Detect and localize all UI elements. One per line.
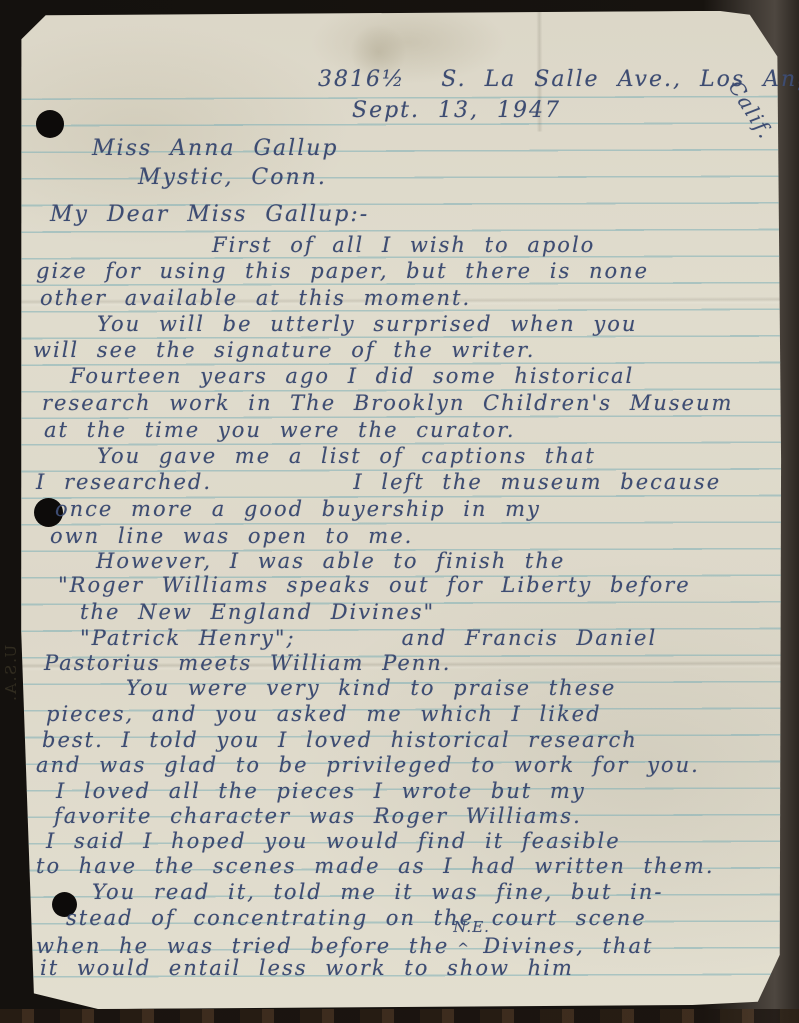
ne-line-after: Divines, that [483,934,653,958]
letter-line: best. I told you I loved historical rese… [42,728,638,752]
letter-line: and was glad to be privileged to work fo… [36,753,700,777]
letter-line: Fourteen years ago I did some historical [70,364,634,388]
letter-date: Sept. 13, 1947 [352,99,561,123]
ne-line-before: when he was tried before the [36,934,449,958]
letter-line: "Roger Williams speaks out for Liberty b… [58,573,691,597]
letter-line: at the time you were the curator. [44,418,516,442]
letter-line: Pastorius meets William Penn. [44,651,452,675]
letter-line: once more a good buyership in my [55,497,541,521]
letter-line: to have the scenes made as I had written… [36,854,715,878]
letter-line: You gave me a list of captions that [97,444,596,468]
letter-line: I loved all the pieces I wrote but my [56,779,586,803]
salutation: My Dear Miss Gallup:- [50,203,369,227]
ne-insertion-text: N.E. [453,915,490,939]
recipient-location: Mystic, Conn. [138,166,327,190]
letter-line: You were very kind to praise these [126,676,616,700]
letter-line-with-insertion: when he was tried before theN.E.^Divines… [36,931,653,958]
letter-line: First of all I wish to apolo [212,233,595,257]
hole-punch [36,110,64,138]
letter-line: favorite character was Roger Williams. [54,804,582,828]
bleedthrough-stamp: WRITING U.S.A. [0,630,20,718]
letter-line: research work in The Brooklyn Children's… [42,391,733,415]
letter-line: it would entail less work to show him [40,956,574,980]
letter-line: "Patrick Henry"; and Francis Daniel [80,626,657,650]
letter-line: pieces, and you asked me which I liked [46,702,602,726]
letter-line: However, I was able to finish the [96,549,565,573]
letter-line: You will be utterly surprised when you [97,312,637,336]
letter-line: I said I hoped you would find it feasibl… [46,829,621,853]
letter-line: gize for using this paper, but there is … [36,259,649,283]
ne-insertion: N.E.^ [449,931,483,953]
letter-line: I researched. I left the museum because [36,470,721,494]
letter-line: own line was open to me. [50,524,413,548]
bleedthrough-stamp-line2: U.S.A. [3,630,20,718]
scanned-letter-photo: WRITING U.S.A. 3816½ S. La Salle Ave., L… [0,0,799,1023]
recipient-name: Miss Anna Gallup [92,137,339,161]
letter-line: the New England Divines" [80,600,435,624]
letter-line: stead of concentrating on the court scen… [66,906,647,930]
letter-line: will see the signature of the writer. [33,338,535,362]
letter-line: other available at this moment. [40,286,471,310]
letter-line: You read it, told me it was fine, but in… [92,880,663,904]
